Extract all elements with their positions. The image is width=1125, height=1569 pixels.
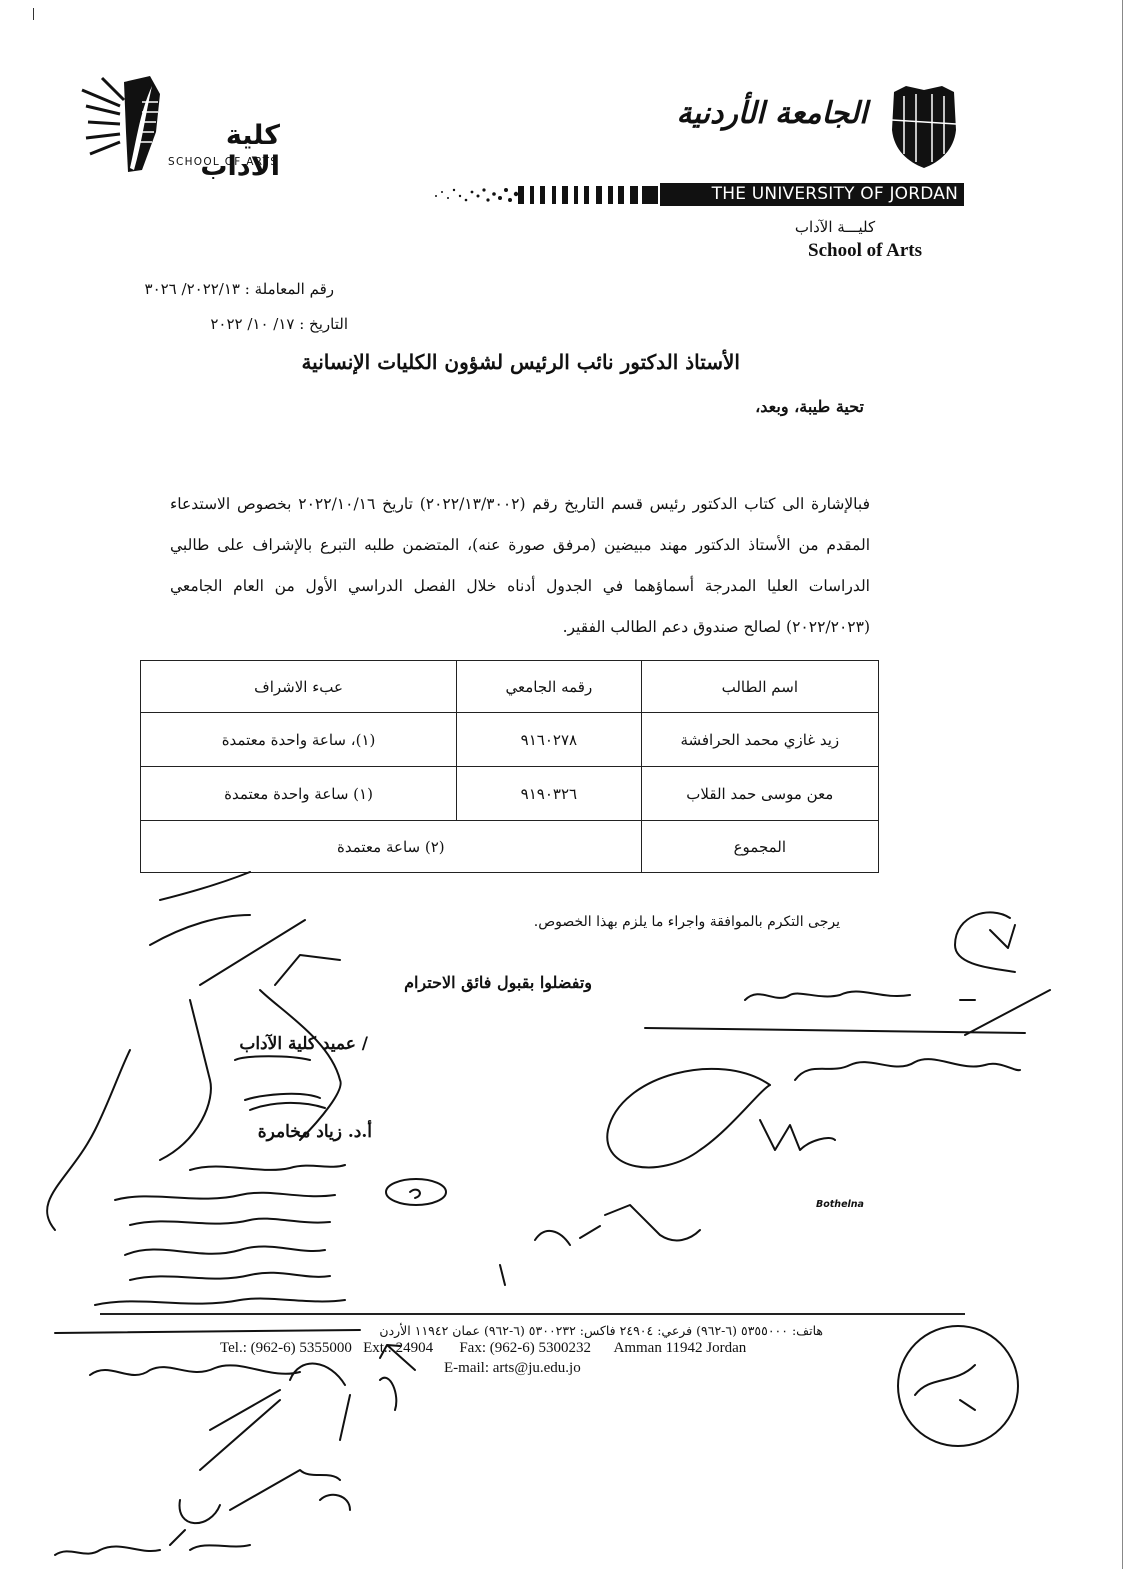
cell-university-id: ٩١٦٠٢٧٨ <box>457 713 642 767</box>
initials-oval <box>386 1179 446 1205</box>
cell-student-name: معن موسى حمد القلاب <box>641 767 878 821</box>
footer-contact-arabic: هاتف: ٥٣٥٥٠٠٠ (٦-٩٦٢) فرعي: ٢٤٩٠٤ فاكس: … <box>372 1323 823 1338</box>
received-stamp-icon <box>898 1326 1018 1446</box>
signatory-title: / عميد كلية الآداب <box>200 1034 368 1054</box>
cell-total-value: (٢) ساعة معتمدة <box>141 821 642 873</box>
copy-file-note-scribble <box>55 1530 250 1555</box>
closing-regards: وتفضلوا بقبول فائق الاحترام <box>360 973 592 992</box>
cell-university-id: ٩١٩٠٣٢٦ <box>457 767 642 821</box>
school-of-arts-english: SCHOOL OF ARTS <box>168 156 278 168</box>
scan-edge <box>1122 0 1123 1569</box>
cell-total-label: المجموع <box>641 821 878 873</box>
approval-date-scribble <box>500 1205 700 1285</box>
vp-signature-loop <box>607 1069 835 1168</box>
transaction-number: رقم المعاملة : ٢٠٢٢/١٣/ ٣٠٢٦ <box>90 280 334 298</box>
table-header-row: اسم الطالب رقمه الجامعي عبء الاشراف <box>141 661 879 713</box>
header-student-name: اسم الطالب <box>641 661 878 713</box>
school-of-arts-logo-icon <box>80 72 170 180</box>
footer-address: Amman 11942 Jordan <box>614 1340 747 1357</box>
distribution-notes-scribble <box>95 1165 345 1305</box>
university-name-english-banner: THE UNIVERSITY OF JORDAN <box>660 183 964 206</box>
letter-date: التاريخ : ١٧/ ١٠/ ٢٠٢٢ <box>150 315 348 333</box>
header-university-id: رقمه الجامعي <box>457 661 642 713</box>
addressee: الأستاذ الدكتور نائب الرئيس لشؤون الكليا… <box>260 350 740 374</box>
table-row: معن موسى حمد القلاب ٩١٩٠٣٢٦ (١) ساعة واح… <box>141 767 879 821</box>
typist-initials: Bothelna <box>816 1199 864 1210</box>
school-of-arts-arabic: كلية الاداب <box>168 120 280 182</box>
banner-halftone-decoration <box>430 184 520 206</box>
footer-tel: Tel.: (962-6) 5355000 <box>220 1340 352 1357</box>
scan-edge-mark <box>33 8 34 20</box>
faculty-name-english: School of Arts <box>760 240 1008 262</box>
signatory-name: أ.د. زياد مخامرة <box>220 1122 372 1142</box>
cell-supervision-load: (١) ساعة واحدة معتمدة <box>141 767 457 821</box>
students-table: اسم الطالب رقمه الجامعي عبء الاشراف زيد … <box>140 660 879 873</box>
footer-email: E-mail: arts@ju.edu.jo <box>444 1360 581 1377</box>
faculty-name-arabic: كليـــة الآداب <box>760 218 910 236</box>
cell-supervision-load: (١)، ساعة واحدة معتمدة <box>141 713 457 767</box>
footer-contact-english: Tel.: (962-6) 5355000 Ext.: 24904 Fax: (… <box>220 1340 822 1357</box>
banner-stripe-decoration <box>518 184 658 206</box>
header-supervision-load: عبء الاشراف <box>141 661 457 713</box>
university-name-arabic: الجامعة الأردنية <box>662 96 882 131</box>
president-note-scribble <box>745 990 1050 1035</box>
table-row: زيد غازي محمد الحرافشة ٩١٦٠٢٧٨ (١)، ساعة… <box>141 713 879 767</box>
bottom-routing-scribble <box>90 1364 396 1524</box>
cell-student-name: زيد غازي محمد الحرافشة <box>641 713 878 767</box>
letter-body: فبالإشارة الى كتاب الدكتور رئيس قسم التا… <box>170 484 870 648</box>
greeting: تحية طيبة، وبعد، <box>600 397 864 416</box>
checkmark-circle-icon <box>955 912 1015 972</box>
university-shield-icon <box>888 84 960 170</box>
footer-ext: Ext.: 24904 <box>363 1340 433 1357</box>
closing-request: يرجى التكرم بالموافقة واجراء ما يلزم بهذ… <box>500 914 840 930</box>
table-total-row: المجموع (٢) ساعة معتمدة <box>141 821 879 873</box>
footer-fax: Fax: (962-6) 5300232 <box>459 1340 591 1357</box>
action-note-scribble <box>795 1059 1020 1080</box>
footer-divider <box>100 1313 965 1315</box>
